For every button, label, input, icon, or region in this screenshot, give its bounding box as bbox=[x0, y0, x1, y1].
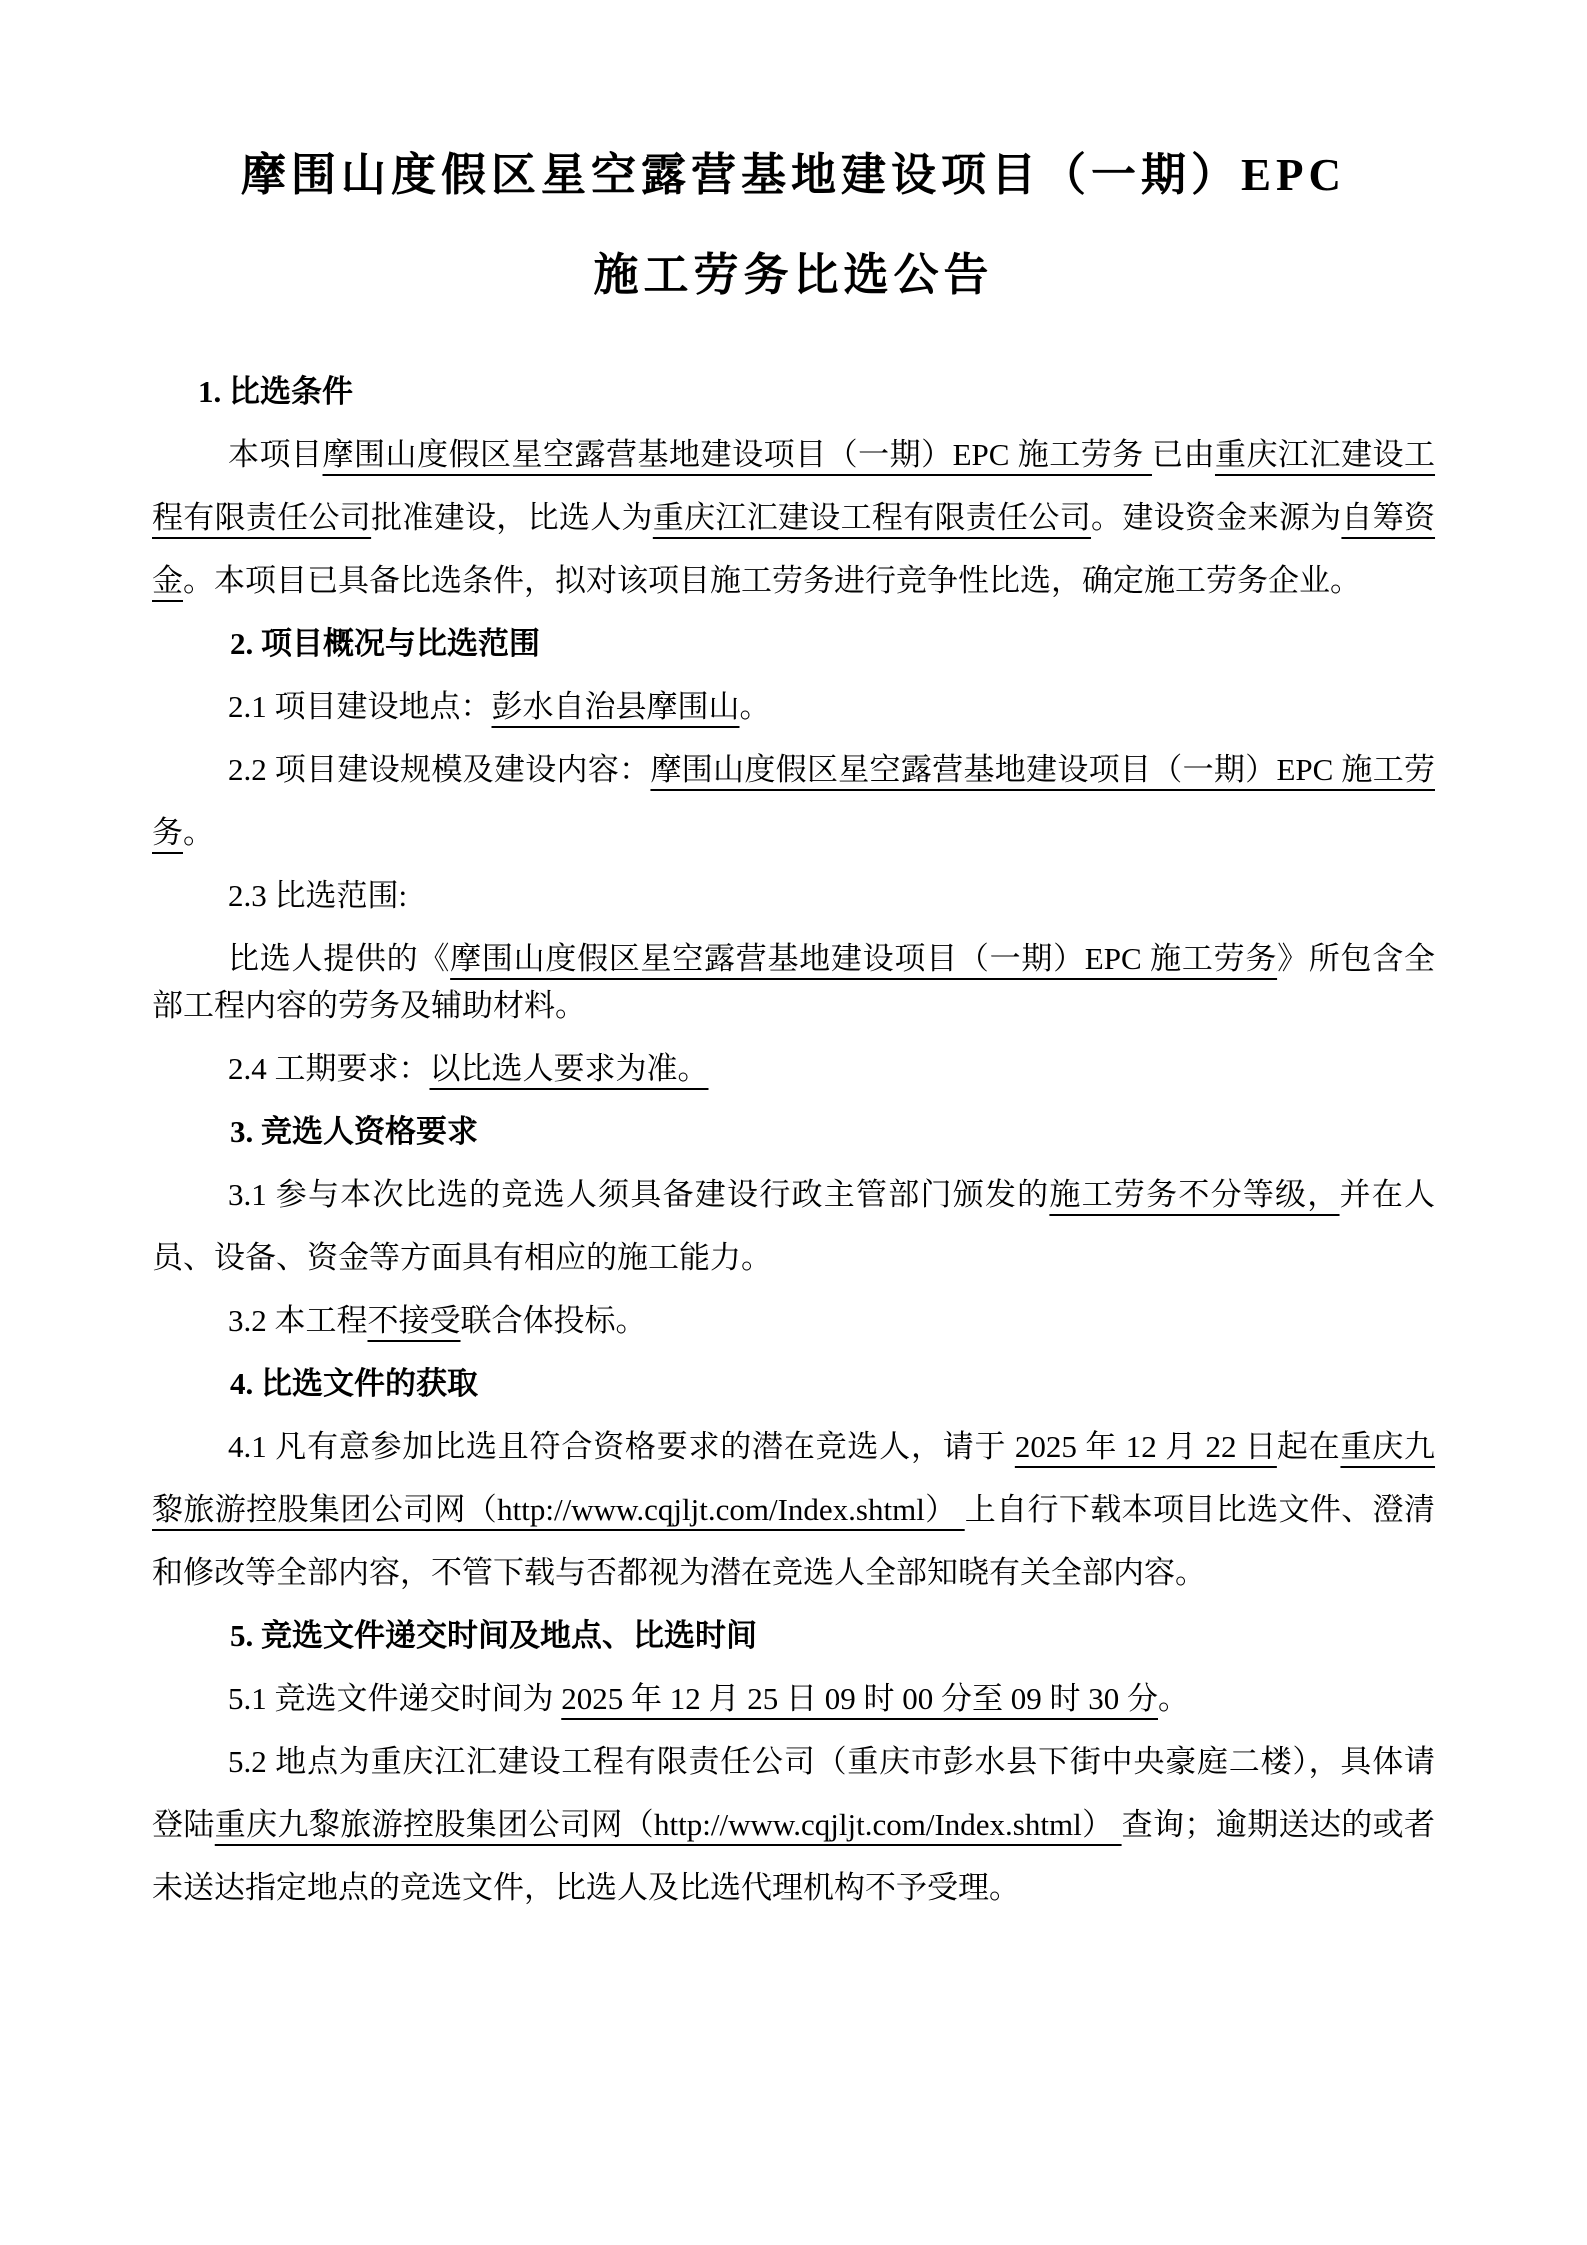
text-run: 5.1 竞选文件递交时间为 bbox=[228, 1681, 561, 1716]
section-1-heading: 1. 比选条件 bbox=[198, 360, 1435, 423]
text-run: 3.2 本工程 bbox=[228, 1303, 368, 1338]
underlined-text-run: 2025 年 12 月 25 日 09 时 00 分至 09 时 30 分 bbox=[561, 1681, 1158, 1716]
underlined-text-run: 以比选人要求为准。 bbox=[430, 1051, 709, 1086]
text-run: 。 bbox=[1158, 1681, 1189, 1716]
text-run: 联合体投标。 bbox=[461, 1303, 647, 1338]
underlined-text-run: 施工劳务不分等级， bbox=[1049, 1177, 1339, 1212]
text-run: 。本项目已具备比选条件，拟对该项目施工劳务进行竞争性比选，确定施工劳务企业。 bbox=[183, 563, 1361, 598]
document-page: 摩围山度假区星空露营基地建设项目（一期）EPC 施工劳务比选公告 1. 比选条件… bbox=[0, 0, 1587, 2245]
text-run: 2.4 工期要求： bbox=[228, 1051, 430, 1086]
para-2-1: 2.1 项目建设地点：彭水自治县摩围山。 bbox=[152, 675, 1435, 738]
para-3-2: 3.2 本工程不接受联合体投标。 bbox=[152, 1289, 1435, 1352]
text-run: 本项目 bbox=[228, 437, 323, 472]
text-run: 已由 bbox=[1152, 437, 1215, 472]
para-5-2: 5.2 地点为重庆江汇建设工程有限责任公司（重庆市彭水县下街中央豪庭二楼），具体… bbox=[152, 1730, 1435, 1919]
text-run: 。建设资金来源为 bbox=[1091, 500, 1341, 535]
text-run: 2.1 项目建设地点： bbox=[228, 689, 492, 724]
text-run: 比选人提供的《 bbox=[228, 941, 450, 976]
text-run: 批准建设，比选人为 bbox=[371, 500, 653, 535]
underlined-text-run: 重庆江汇建设工程有限责任公司 bbox=[653, 500, 1091, 535]
section-3-heading: 3. 竞选人资格要求 bbox=[230, 1100, 1435, 1163]
section-2-heading: 2. 项目概况与比选范围 bbox=[230, 612, 1435, 675]
underlined-text-run: 不接受 bbox=[368, 1303, 461, 1338]
para-2-4: 2.4 工期要求：以比选人要求为准。 bbox=[152, 1037, 1435, 1100]
para-2-3-label: 2.3 比选范围: bbox=[152, 864, 1435, 927]
section-5-heading: 5. 竞选文件递交时间及地点、比选时间 bbox=[230, 1604, 1435, 1667]
underlined-text-run: 重庆九黎旅游控股集团公司网（http://www.cqjljt.com/Inde… bbox=[215, 1807, 1122, 1842]
para-3-1: 3.1 参与本次比选的竞选人须具备建设行政主管部门颁发的施工劳务不分等级，并在人… bbox=[152, 1163, 1435, 1289]
para-1-body: 本项目摩围山度假区星空露营基地建设项目（一期）EPC 施工劳务 已由重庆江汇建设… bbox=[152, 423, 1435, 612]
section-4-heading: 4. 比选文件的获取 bbox=[230, 1352, 1435, 1415]
underlined-text-run: 彭水自治县摩围山 bbox=[492, 689, 740, 724]
para-2-2: 2.2 项目建设规模及建设内容：摩围山度假区星空露营基地建设项目（一期）EPC … bbox=[152, 738, 1435, 864]
text-run: 。 bbox=[740, 689, 771, 724]
text-run: 。 bbox=[183, 815, 214, 850]
document-title-line-2: 施工劳务比选公告 bbox=[152, 250, 1435, 302]
underlined-text-run: 摩围山度假区星空露营基地建设项目（一期）EPC 施工劳务 bbox=[323, 437, 1152, 472]
para-2-3-body: 比选人提供的《摩围山度假区星空露营基地建设项目（一期）EPC 施工劳务》所包含全… bbox=[152, 935, 1435, 1029]
para-4-1: 4.1 凡有意参加比选且符合资格要求的潜在竞选人，请于 2025 年 12 月 … bbox=[152, 1415, 1435, 1604]
para-5-1: 5.1 竞选文件递交时间为 2025 年 12 月 25 日 09 时 00 分… bbox=[152, 1667, 1435, 1730]
document-title-line-1: 摩围山度假区星空露营基地建设项目（一期）EPC bbox=[152, 150, 1435, 202]
text-run: 2.2 项目建设规模及建设内容： bbox=[228, 752, 650, 787]
text-run: 2.3 比选范围: bbox=[228, 878, 407, 913]
underlined-text-run: 2025 年 12 月 22 日 bbox=[1015, 1429, 1277, 1464]
underlined-text-run: 摩围山度假区星空露营基地建设项目（一期）EPC 施工劳务 bbox=[450, 941, 1277, 976]
text-run: 4.1 凡有意参加比选且符合资格要求的潜在竞选人，请于 bbox=[228, 1429, 1015, 1464]
text-run: 3.1 参与本次比选的竞选人须具备建设行政主管部门颁发的 bbox=[228, 1177, 1049, 1212]
text-run: 起在 bbox=[1277, 1429, 1341, 1464]
